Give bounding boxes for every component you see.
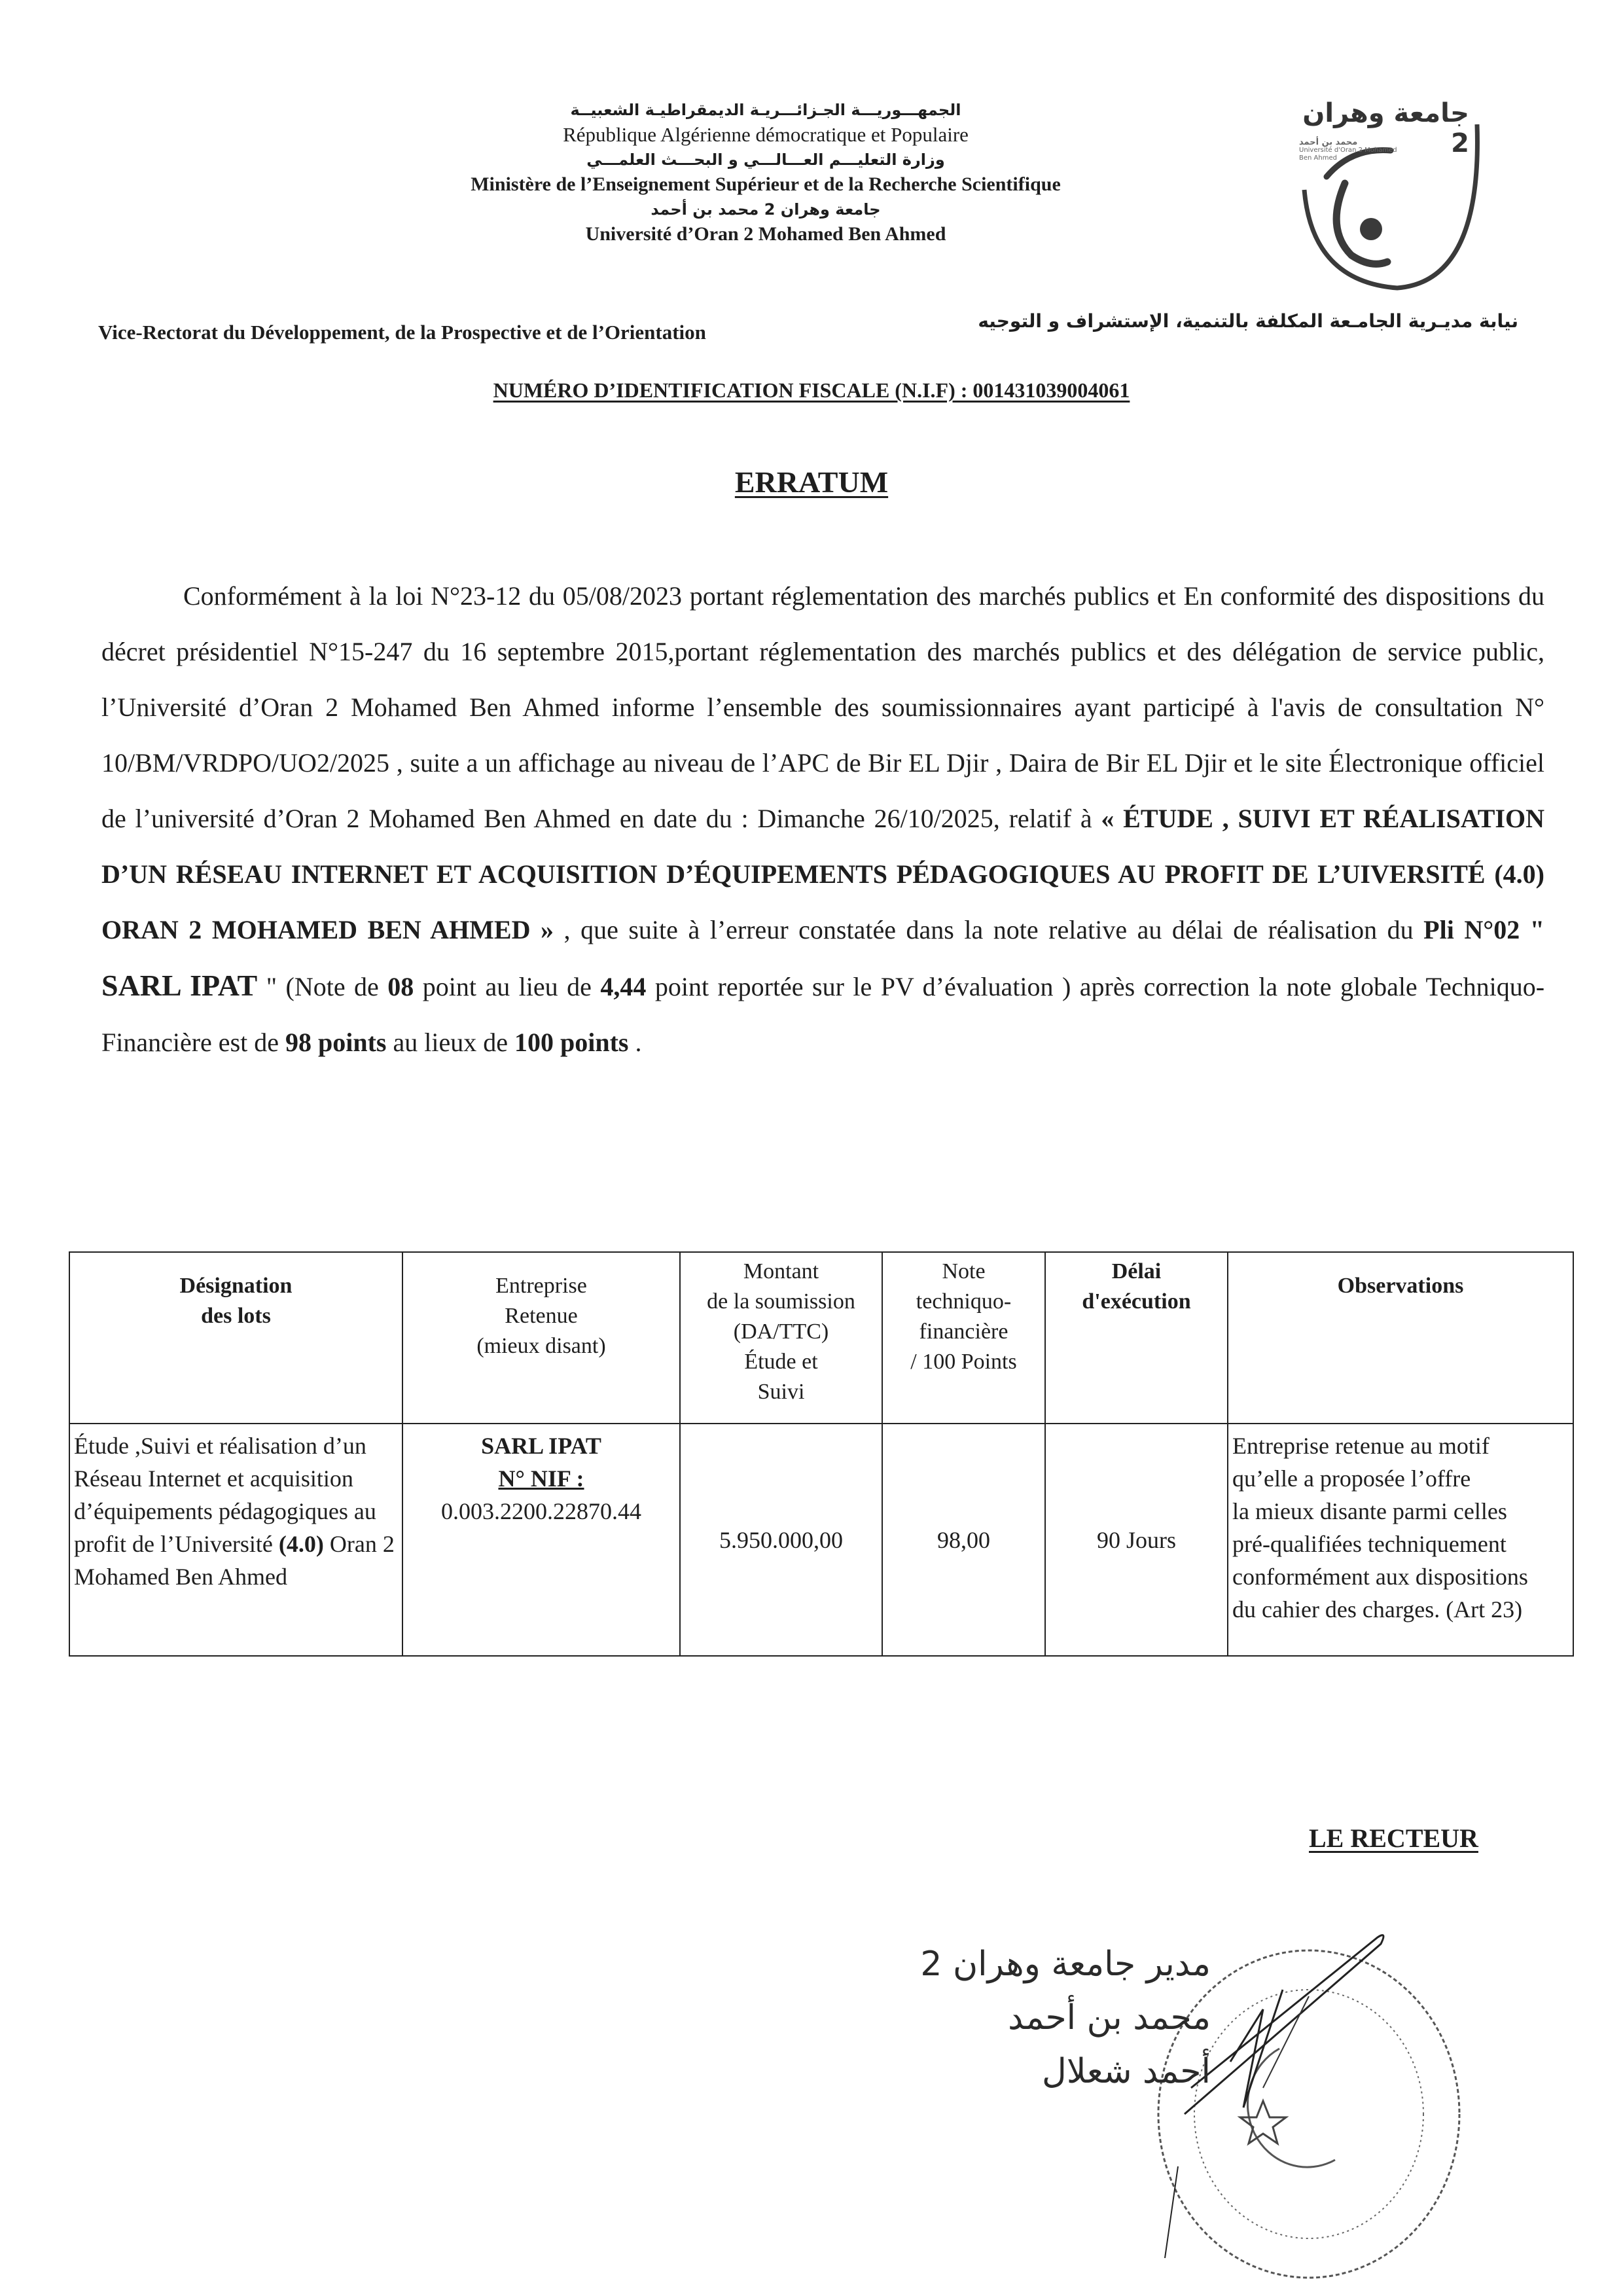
republic-arabic: الجمهـــوريـــة الجـزائـــريـة الديمقراط… (353, 98, 1178, 122)
header-line: Désignation (74, 1271, 398, 1301)
erratum-title: ERRATUM (735, 465, 888, 499)
previous-total: 100 points (514, 1028, 629, 1057)
observation-line: pré-qualifiées techniquement (1232, 1528, 1569, 1560)
observation-line: conformément aux dispositions (1232, 1560, 1569, 1593)
nif-text: NUMÉRO D’IDENTIFICATION FISCALE (N.I.F) … (493, 378, 1130, 402)
ministry-arabic: وزارة التعليـــم العـــالـــي و البحـــث… (353, 148, 1178, 171)
company-name: SARL IPAT (101, 969, 257, 1002)
para-part-3: point au lieu de (414, 972, 600, 1001)
cell-designation: Étude ,Suivi et réalisation d’un Réseau … (69, 1424, 402, 1656)
university-arabic: جامعة وهران 2 محمد بن أحمد (353, 198, 1178, 221)
ministry-french: Ministère de l’Enseignement Supérieur et… (353, 171, 1178, 198)
header-line: Montant (685, 1257, 878, 1287)
quote-open: " (1520, 915, 1544, 944)
document-header: الجمهـــوريـــة الجـزائـــريـة الديمقراط… (353, 98, 1178, 247)
cell-note: 98,00 (882, 1424, 1045, 1656)
para-part-6: . (629, 1028, 642, 1057)
header-line: de la soumission (685, 1287, 878, 1317)
entreprise-name: SARL IPAT (407, 1429, 675, 1462)
erratum-paragraph: Conformément à la loi N°23-12 du 05/08/2… (101, 568, 1544, 1070)
pli-number: Pli N°02 (1423, 915, 1520, 944)
header-line: Suivi (685, 1377, 878, 1407)
header-line: (DA/TTC) (685, 1317, 878, 1347)
observation-line: du cahier des charges. (Art 23) (1232, 1593, 1569, 1626)
cell-montant: 5.950.000,00 (680, 1424, 882, 1656)
observation-line: la mieux disante parmi celles (1232, 1495, 1569, 1528)
nif-line: NUMÉRO D’IDENTIFICATION FISCALE (N.I.F) … (0, 378, 1623, 403)
header-note: Notetechniquo-financière/ 100 Points (882, 1252, 1045, 1424)
header-line: des lots (74, 1301, 398, 1331)
header-line: / 100 Points (887, 1347, 1041, 1377)
table-row: Étude ,Suivi et réalisation d’un Réseau … (69, 1424, 1573, 1656)
vice-rectorat-french: Vice-Rectorat du Développement, de la Pr… (98, 321, 706, 344)
header-line: d'exécution (1050, 1287, 1223, 1317)
signatory-line: مدير جامعة وهران 2 (844, 1937, 1211, 1991)
header-observations: Observations (1228, 1252, 1573, 1424)
cell-entreprise: SARL IPAT N° NIF : 0.003.2200.22870.44 (402, 1424, 680, 1656)
para-part-2: , que suite à l’erreur constatée dans la… (554, 915, 1423, 944)
header-line: (mieux disant) (407, 1331, 675, 1361)
entreprise-nif: 0.003.2200.22870.44 (407, 1495, 675, 1528)
header-line: Étude et (685, 1347, 878, 1377)
para-part-5: au lieux de (387, 1028, 515, 1057)
table-header-row: Désignationdes lots EntrepriseRetenue(mi… (69, 1252, 1573, 1424)
lots-table: Désignationdes lots EntrepriseRetenue(mi… (69, 1251, 1574, 1657)
corrected-total: 98 points (285, 1028, 387, 1057)
header-line: Délai (1050, 1257, 1223, 1287)
observation-line: qu’elle a proposée l’offre (1232, 1462, 1569, 1495)
quote-close: " (Note de (257, 972, 387, 1001)
corrected-note: 08 (387, 972, 414, 1001)
header-entreprise: EntrepriseRetenue(mieux disant) (402, 1252, 680, 1424)
header-designation: Désignationdes lots (69, 1252, 402, 1424)
document-title: ERRATUM (0, 465, 1623, 499)
signatory-title: LE RECTEUR (1309, 1823, 1478, 1854)
cell-observations: Entreprise retenue au motif qu’elle a pr… (1228, 1424, 1573, 1656)
header-line: Retenue (407, 1301, 675, 1331)
entreprise-nif-label: N° NIF : (407, 1462, 675, 1495)
header-delai: Délaid'exécution (1045, 1252, 1228, 1424)
header-line: techniquo- (887, 1287, 1041, 1317)
logo-subtitle-arabic: محمد بن أحمد (1299, 139, 1404, 147)
designation-version: (4.0) (279, 1531, 324, 1557)
header-line: financière (887, 1317, 1041, 1347)
university-logo: جامعة وهران 2 محمد بن أحمد Université d'… (1299, 98, 1508, 295)
observation-line: Entreprise retenue au motif (1232, 1429, 1569, 1462)
vice-rectorat-arabic: نيابة مديـرية الجامـعة المكلفة بالتنمية،… (916, 310, 1518, 332)
university-french: Université d’Oran 2 Mohamed Ben Ahmed (353, 221, 1178, 247)
republic-french: République Algérienne démocratique et Po… (353, 122, 1178, 148)
previous-note: 4,44 (600, 972, 646, 1001)
logo-subtitle-french: Université d'Oran 2 Mohamed Ben Ahmed (1299, 147, 1404, 162)
header-line: Entreprise (407, 1271, 675, 1301)
signatory-name: مدير جامعة وهران 2 محمد بن أحمد أحمد شعل… (844, 1937, 1211, 2098)
cell-delai: 90 Jours (1045, 1424, 1228, 1656)
header-line: Observations (1232, 1271, 1569, 1301)
signatory-line: محمد بن أحمد (844, 1991, 1211, 2045)
header-line: Note (887, 1257, 1041, 1287)
header-montant: Montantde la soumission(DA/TTC)Étude etS… (680, 1252, 882, 1424)
logo-subtitle: محمد بن أحمد Université d'Oran 2 Mohamed… (1299, 139, 1404, 162)
para-part-1: Conformément à la loi N°23-12 du 05/08/2… (101, 581, 1544, 833)
signatory-line: أحمد شعلال (844, 2045, 1211, 2098)
